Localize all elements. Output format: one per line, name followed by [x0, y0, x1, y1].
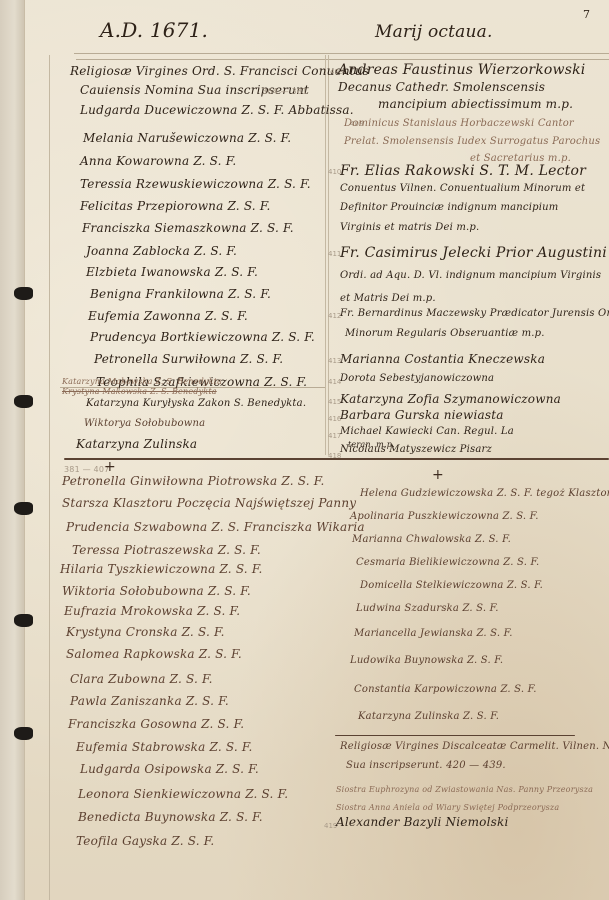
binding-hole: [14, 287, 33, 300]
list-item: Joanna Zablocka Z. S. F.: [86, 244, 237, 258]
binding-hole: [14, 395, 33, 408]
list-item: Apolinaria Puszkiewiczowna Z. S. F.: [350, 511, 539, 522]
faded-line: Siostra Anna Aniela od Wiary Swiętej Pod…: [336, 803, 559, 812]
list-item: Petronella Surwiłowna Z. S. F.: [94, 352, 283, 366]
list-item: Benedicta Buynowska Z. S. F.: [78, 810, 263, 824]
top-rule-inner: [76, 59, 609, 60]
entry-line: Nicolaus Matyszewicz Pisarz: [340, 444, 492, 455]
list-item: Ludwina Szadurska Z. S. F.: [356, 603, 499, 614]
pencil-range: 381 — 407: [64, 465, 109, 474]
list-item: Helena Gudziewiczowska Z. S. F. tegoż Kl…: [360, 488, 609, 499]
list-item: Eufrazia Mrokowska Z. S. F.: [64, 604, 240, 618]
binding-hole: [14, 614, 33, 627]
header-date: Marij octaua.: [375, 22, 493, 42]
header-year: A.D. 1671.: [100, 18, 208, 42]
manuscript-page: A.D. 1671. Marij octaua. 7 Religiosæ Vir…: [0, 0, 609, 900]
list-item: Clara Zubowna Z. S. F.: [70, 672, 213, 686]
list-item: Ludgarda Osipowska Z. S. F.: [80, 762, 259, 776]
entry-line: Virginis et matris Dei m.p.: [340, 222, 479, 233]
list-item: Salomea Rapkowska Z. S. F.: [66, 647, 242, 661]
list-item: Leonora Sienkiewiczowna Z. S. F.: [78, 787, 288, 801]
entry-line: Barbara Gurska niewiasta: [340, 408, 504, 422]
binding-spine: [0, 0, 25, 900]
entry-line: Michael Kawiecki Can. Regul. La: [340, 426, 514, 437]
list-item: Anna Kowarowna Z. S. F.: [80, 154, 236, 168]
cross-mark: +: [104, 459, 116, 475]
list-item: Franciszka Siemaszkowna Z. S. F.: [82, 221, 294, 235]
list-item: Krystyna Cronska Z. S. F.: [66, 625, 225, 639]
entry-line: Ordi. ad Aqu. D. Vl. indignum mancipium …: [340, 270, 601, 281]
list-item: Melania Narušewiczowna Z. S. F.: [83, 131, 291, 145]
entry-line: Conuentus Vilnen. Conuentualium Minorum …: [340, 183, 585, 194]
list-item: Petronella Ginwiłowna Piotrowska Z. S. F…: [62, 474, 324, 488]
entry-line: Andreas Faustinus Wierzorkowski: [338, 62, 585, 78]
list-item: Felicitas Przepiorowna Z. S. F.: [80, 199, 271, 213]
entry-line: Fr. Bernardinus Maczewsky Prædicator Jur…: [340, 308, 609, 319]
list-item: Eufemia Zawonna Z. S. F.: [88, 309, 248, 323]
list-item: Eufemia Stabrowska Z. S. F.: [76, 740, 253, 754]
entry-line: Dorota Sebestyjanowiczowna: [340, 373, 494, 384]
top-rule: [74, 53, 609, 54]
list-item: Teressa Piotraszewska Z. S. F.: [72, 543, 261, 557]
list-item: Ludgarda Ducewiczowna Z. S. F. Abbatissa…: [80, 103, 354, 117]
entry-line: Dominicus Stanislaus Horbaczewski Cantor: [344, 118, 574, 129]
faded-annotation: Katarzyna Makowska Z. S. Benedykta: [62, 377, 222, 386]
list-item: Prudencya Bortkiewiczowna Z. S. F.: [90, 330, 315, 344]
ink-divider-right: [335, 735, 575, 736]
list-item: Teressia Rzewuskiewiczowna Z. S. F.: [80, 177, 311, 191]
list-item: Katarzyna Zulinska Z. S. F.: [358, 711, 499, 722]
faded-line: Siostra Euphrozyna od Zwiastowania Nas. …: [336, 785, 593, 794]
list-item: Teofila Gayska Z. S. F.: [76, 834, 214, 848]
list-item: Katarzyna Kuryłyska Zakon S. Benedykta.: [86, 398, 306, 409]
entry-line: et Matris Dei m.p.: [340, 293, 436, 304]
list-item: Pawla Zaniszanka Z. S. F.: [70, 694, 229, 708]
entry-line: Katarzyna Zofia Szymanowiczowna: [340, 392, 561, 406]
entry-line: Decanus Cathedr. Smolenscensis: [338, 80, 545, 94]
entry-line: Fr. Elias Rakowski S. T. M. Lector: [340, 163, 586, 179]
binding-hole: [14, 727, 33, 740]
list-item: Constantia Karpowiczowna Z. S. F.: [354, 684, 537, 695]
cross-mark: +: [432, 467, 444, 483]
gutter-line: [24, 0, 25, 900]
entry-line: mancipium abiectissimum m.p.: [378, 97, 573, 111]
list-item: Franciszka Gosowna Z. S. F.: [68, 717, 244, 731]
left-margin-rule: [49, 55, 50, 900]
list-item: Hilaria Tyszkiewiczowna Z. S. F.: [60, 562, 263, 576]
faded-annotation: Krystyna Makowska Z. S. Benedykta: [62, 387, 217, 396]
list-item: Elzbieta Iwanowska Z. S. F.: [86, 265, 258, 279]
list-item: Marianna Chwalowska Z. S. F.: [352, 534, 511, 545]
list-item: Ludowika Buynowska Z. S. F.: [350, 655, 503, 666]
list-item: Cesmaria Bielikiewiczowna Z. S. F.: [356, 557, 539, 568]
binding-hole: [14, 502, 33, 515]
folio-number: 7: [583, 8, 590, 21]
entry-line: Fr. Casimirus Jelecki Prior Augustini: [340, 245, 607, 261]
entry-line: Marianna Costantia Kneczewska: [340, 352, 545, 366]
entry-line: Minorum Regularis Obseruantiæ m.p.: [345, 328, 545, 339]
list-item: Domicella Stelkiewiczowna Z. S. F.: [360, 580, 543, 591]
left-heading-line-1: Religiosæ Virgines Ord. S. Francisci Con…: [70, 64, 369, 78]
list-item: Wiktoria Sołobubowna Z. S. F.: [62, 584, 251, 598]
list-item: Mariancella Jewianska Z. S. F.: [354, 628, 513, 639]
pencil-range: 364 — 381: [262, 87, 307, 96]
entry-line: Definitor Prouinciæ indignum mancipium: [340, 202, 558, 213]
list-item: Prudencia Szwabowna Z. S. Franciszka Wik…: [66, 520, 365, 534]
list-item: Katarzyna Zulinska: [76, 437, 197, 451]
closing-heading-line-2: Sua inscripserunt. 420 — 439.: [346, 760, 506, 771]
last-entry: Alexander Bazyli Niemolski: [336, 815, 509, 829]
entry-line: Prelat. Smolensensis Iudex Surrogatus Pa…: [344, 136, 600, 147]
list-item: Starsza Klasztoru Poczęcia Najświętszej …: [62, 496, 356, 510]
list-item: Benigna Frankilowna Z. S. F.: [90, 287, 271, 301]
list-item: Wiktorya Sołobubowna: [84, 418, 205, 429]
closing-heading-line-1: Religiosæ Virgines Discalceatæ Carmelit.…: [340, 741, 609, 752]
